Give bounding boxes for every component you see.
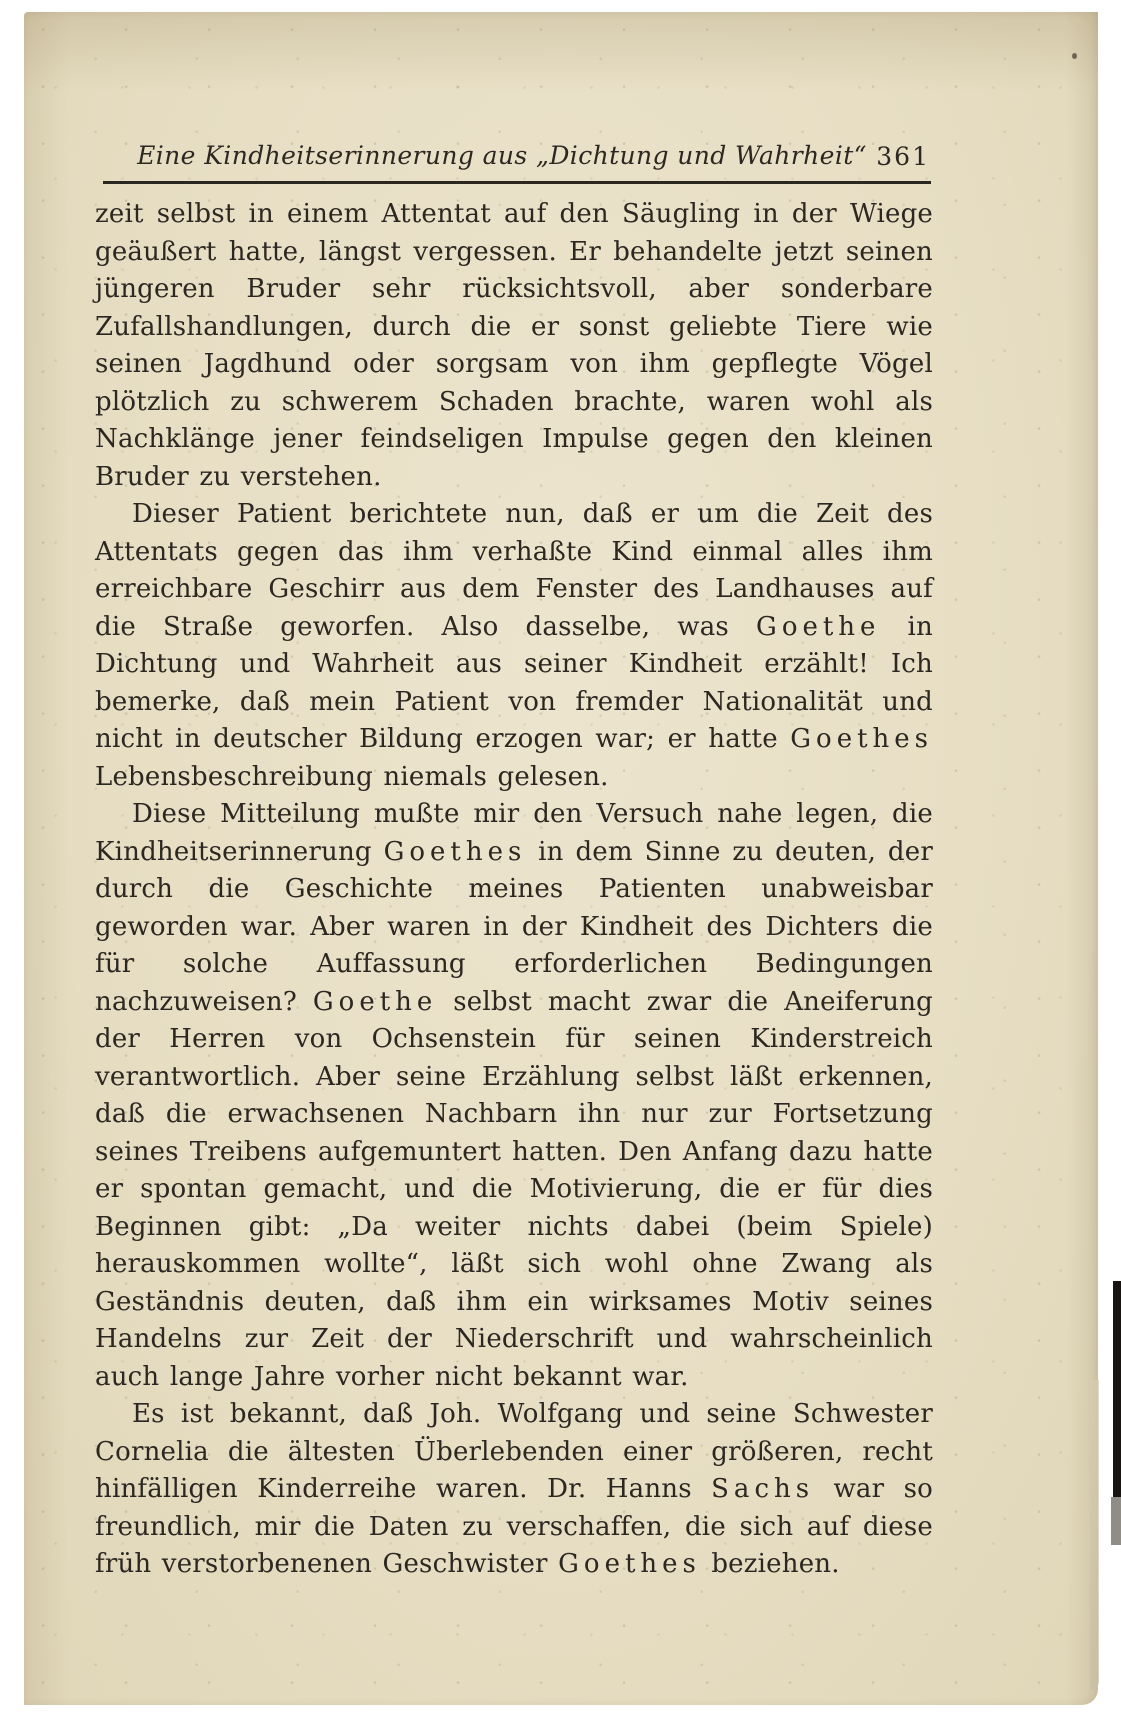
paper-edge-shading [1090,1380,1099,1690]
emphasized-name: Goethes [558,1549,701,1579]
paragraph: Es ist bekannt, daß Joh. Wolfgang und se… [95,1396,933,1584]
emphasized-name: Goethes [790,724,933,754]
emphasized-name: Goethe [313,987,437,1017]
emphasized-name: Goethes [384,837,527,867]
running-head: Eine Kindheitserinnerung aus „Dichtung u… [95,141,933,175]
paragraph: Diese Mitteilung mußte mir den Versuch n… [95,796,933,1396]
scan-edge-shadow-dark [1113,1281,1121,1497]
text-run: Lebensbeschreibung niemals gelesen. [95,762,609,792]
page-number: 361 [876,142,930,171]
body-text: zeit selbst in einem Attentat auf den Sä… [95,196,933,1584]
paragraph: Dieser Patient berichtete nun, daß er um… [95,496,933,796]
header-rule [103,181,931,184]
book-page: Eine Kindheitserinnerung aus „Dichtung u… [24,12,1098,1705]
scan-speck [1072,53,1077,59]
emphasized-name: Goethe [756,612,880,642]
paragraph: zeit selbst in einem Attentat auf den Sä… [95,196,933,496]
text-run: beziehen. [701,1549,840,1579]
running-head-title: Eine Kindheitserinnerung aus „Dichtung u… [83,141,921,170]
text-run: selbst macht zwar die Aneiferung der Her… [95,987,933,1392]
scan-edge-shadow-gray [1111,1497,1121,1545]
text-run: zeit selbst in einem Attentat auf den Sä… [95,199,933,492]
emphasized-name: Sachs [711,1474,814,1504]
